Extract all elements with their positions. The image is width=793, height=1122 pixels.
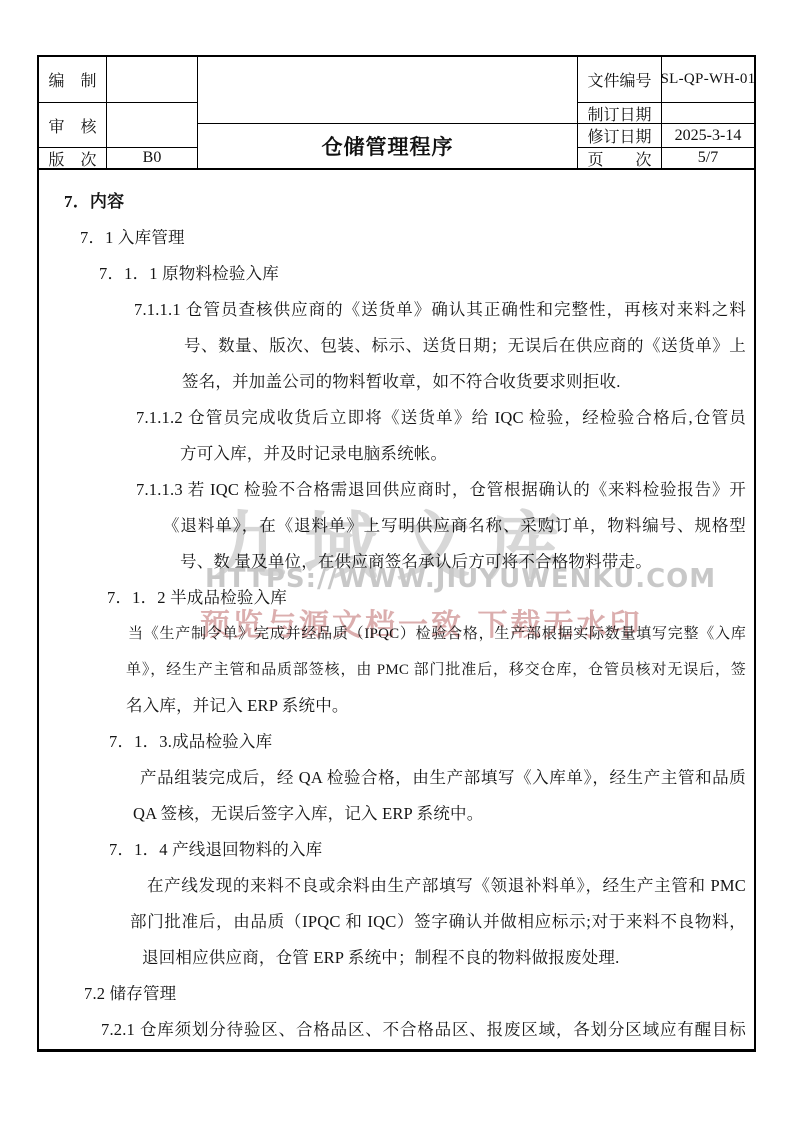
body-line: 单》，经生产主管和品质部签核，由 PMC 部门批准后，移交仓库，仓管员核对无误后…	[126, 658, 746, 682]
body-line: 7.1.1.3 若 IQC 检验不合格需退回供应商时，仓管根据确认的《来料检验报…	[136, 478, 746, 502]
body-line: 《退料单》，在《退料单》上写明供应商名称、采购订单，物料编号、规格型	[163, 514, 746, 538]
review-value	[107, 103, 198, 148]
body-line: 号、数量、版次、包装、标示、送货日期；无误后在供应商的《送货单》上	[184, 334, 746, 358]
document-title: 仓储管理程序	[198, 124, 578, 168]
body-line: 签名，并加盖公司的物料暂收章，如不符合收货要求则拒收.	[182, 370, 621, 394]
body-line: 7．1．3.成品检验入库	[109, 730, 272, 754]
revise-date-value: 2025-3-14	[662, 124, 754, 148]
body-line: 产品组装完成后，经 QA 检验合格，由生产部填写《入库单》，经生产主管和品质	[140, 766, 746, 790]
doc-number-value: SL-QP-WH-01	[662, 57, 754, 103]
body-line: 部门批准后，由品质（IPQC 和 IQC）签字确认并做相应标示;对于来料不良物料…	[130, 910, 746, 934]
review-label: 审 核	[39, 103, 107, 148]
page-number-label: 页 次	[578, 148, 662, 168]
body-line: QA 签核，无误后签字入库，记入 ERP 系统中。	[133, 802, 483, 826]
body-line: 7.1.1.1 仓管员查核供应商的《送货单》确认其正确性和完整性，再核对来料之料	[134, 298, 746, 322]
page-number-value: 5/7	[662, 148, 754, 168]
doc-number-label: 文件编号	[578, 57, 662, 103]
body-line: 名入库，并记入 ERP 系统中。	[126, 694, 349, 718]
body-line: 7.2.1 仓库须划分待验区、合格品区、不合格品区、报废区域，各划分区域应有醒目…	[101, 1018, 746, 1042]
body-line: 7．1．4 产线退回物料的入库	[109, 838, 322, 862]
body-line: 当《生产制令单》完成并经品质（IPQC）检验合格，生产部根据实际数量填写完整《入…	[128, 622, 746, 646]
body-line: 7.1.1.2 仓管员完成收货后立即将《送货单》给 IQC 检验，经检验合格后,…	[136, 406, 746, 430]
body-line: 7．1．1 原物料检验入库	[99, 262, 279, 286]
version-label: 版 次	[39, 148, 107, 168]
header-empty-cell	[198, 57, 578, 124]
header-table: 编 制 审 核 版 次 B0 仓储管理程序 文件编号 SL-QP-WH-01 制…	[37, 55, 756, 170]
body-line: 7．内容	[64, 190, 124, 214]
create-date-label: 制订日期	[578, 103, 662, 124]
body-line: 方可入库，并及时记录电脑系统帐。	[180, 442, 447, 466]
body-line: 7．1 入库管理	[80, 226, 185, 250]
version-value: B0	[107, 148, 198, 168]
revise-date-label: 修订日期	[578, 124, 662, 148]
body-line: 7.2 储存管理	[84, 982, 176, 1006]
create-date-value	[662, 103, 754, 124]
body-line: 退回相应供应商，仓管 ERP 系统中；制程不良的物料做报废处理.	[142, 946, 619, 970]
compile-value	[107, 57, 198, 103]
body-line: 7．1．2 半成品检验入库	[107, 586, 287, 610]
document-page: 编 制 审 核 版 次 B0 仓储管理程序 文件编号 SL-QP-WH-01 制…	[0, 0, 793, 1122]
compile-label: 编 制	[39, 57, 107, 103]
body-line: 在产线发现的来料不良或余料由生产部填写《领退补料单》，经生产主管和 PMC	[147, 874, 746, 898]
body-line: 号、数 量及单位，在供应商签名承认后方可将不合格物料带走。	[180, 550, 652, 574]
